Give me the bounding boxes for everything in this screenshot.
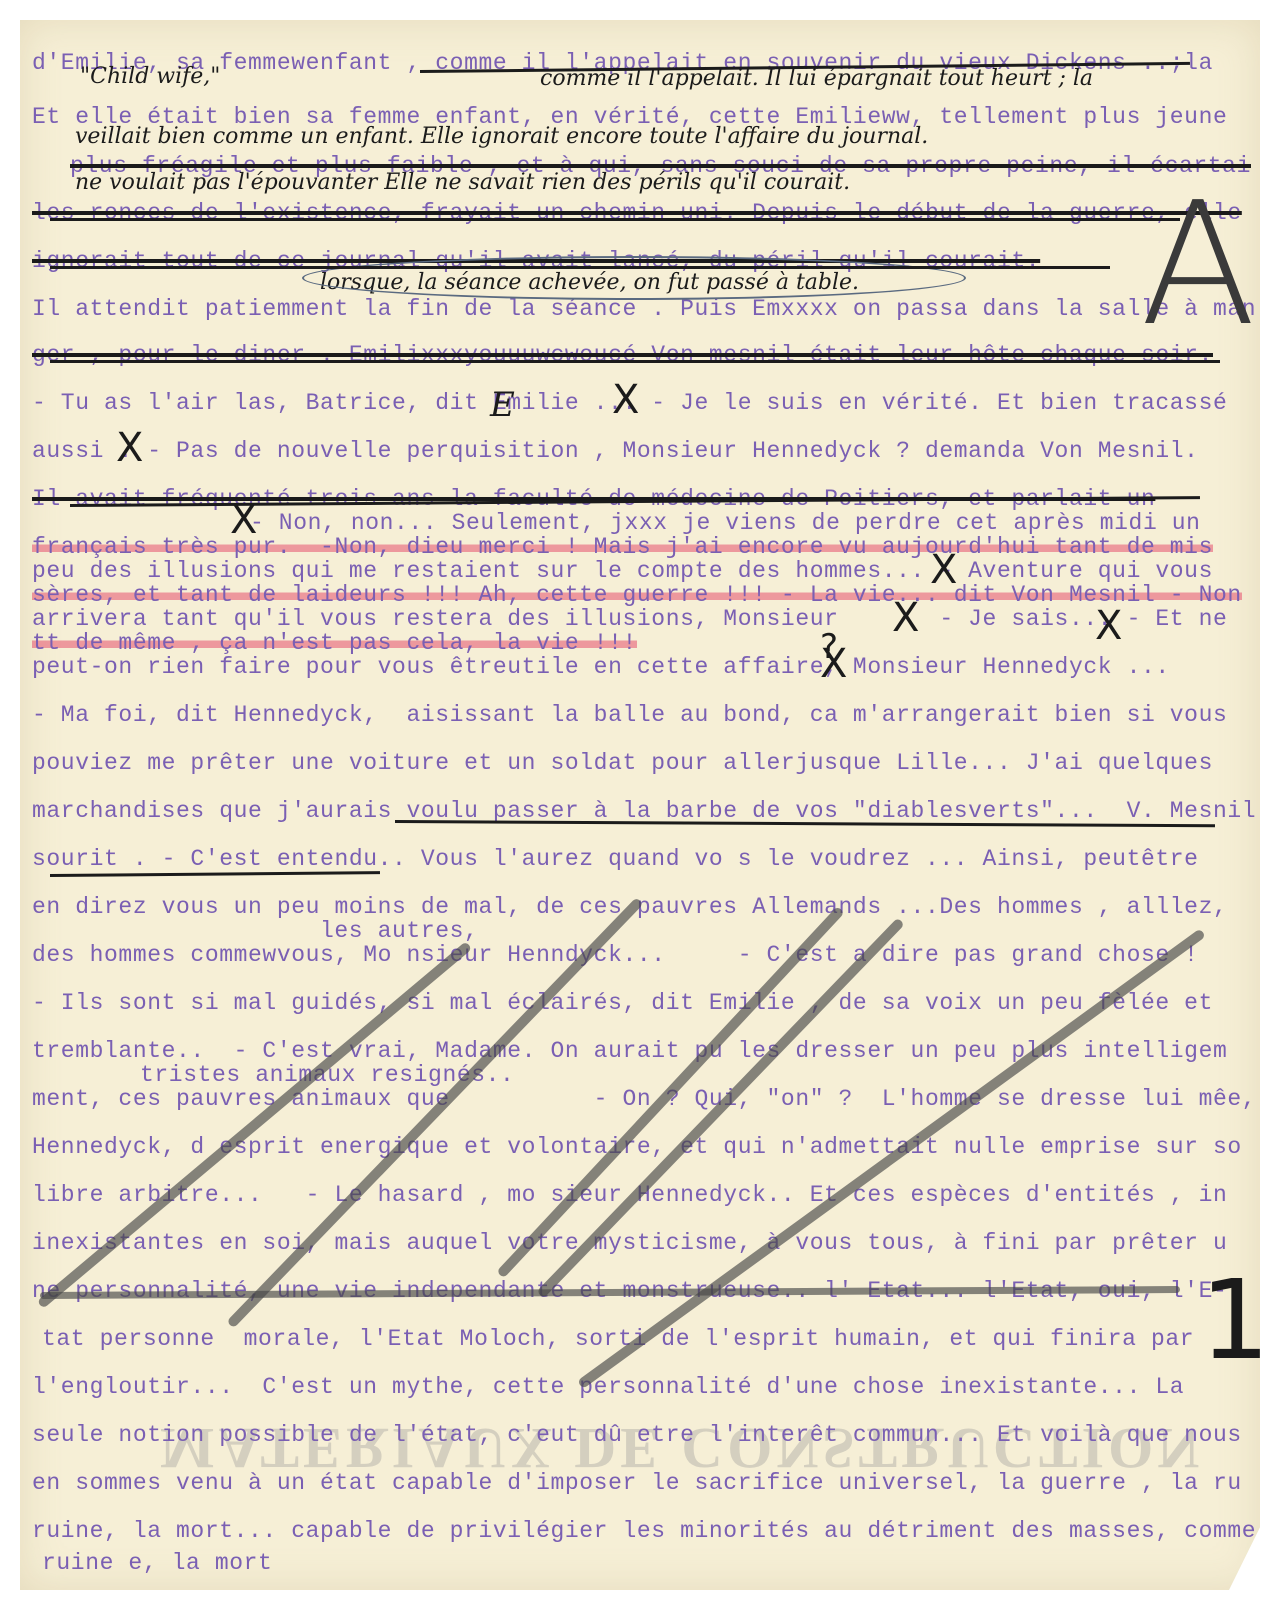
- insertion-x-mark: X: [230, 500, 257, 540]
- typed-line: marchandises que j'aurais voulu passer à…: [32, 798, 1256, 824]
- handwritten-note: "Child wife,": [80, 64, 220, 89]
- typed-line: les ronces de l'existence, frayait un ch…: [32, 200, 1242, 226]
- insertion-x-mark: X: [116, 428, 143, 468]
- typed-line: sourit . - C'est entendu.. Vous l'aurez …: [32, 846, 1199, 872]
- handwritten-note: ne voulait pas l'épouvanter Elle ne sava…: [75, 170, 850, 195]
- typed-line: pouviez me prêter une voiture et un sold…: [32, 750, 1213, 776]
- typed-line: - Non, non... Seulement, jxxx je viens d…: [250, 510, 1201, 536]
- insertion-x-mark: X: [892, 598, 919, 638]
- typed-line: peu des illusions qui me restaient sur l…: [32, 558, 1213, 584]
- typed-line: les autres,: [320, 918, 478, 944]
- bracket-line: [50, 871, 380, 877]
- margin-letter-a: A: [1140, 180, 1256, 350]
- typed-line: - Ma foi, dit Hennedyck, aisissant la ba…: [32, 702, 1227, 728]
- handwritten-note: veillait bien comme un enfant. Elle igno…: [75, 124, 928, 149]
- typed-line: tt de même , ça n'est pas cela, la vie !…: [32, 630, 637, 656]
- page-number-mark: 1: [1200, 1265, 1270, 1375]
- ink-strike: [50, 360, 1220, 363]
- typed-line: peut-on rien faire pour vous êtreutile e…: [32, 654, 1170, 680]
- typed-line: arrivera tant qu'il vous restera des ill…: [32, 606, 1227, 632]
- insertion-x-mark: X: [820, 644, 847, 684]
- typed-line: aussi . - Pas de nouvelle perquisition ,…: [32, 438, 1199, 464]
- ink-strike: [50, 218, 1180, 221]
- manuscript-page: MATERIAUX DE CONSTRUCTION d'Emilie, sa f…: [20, 20, 1260, 1590]
- typed-line: ruine e, la mort: [42, 1550, 272, 1576]
- insertion-x-mark: X: [612, 380, 639, 420]
- insertion-oval: [302, 256, 966, 300]
- typed-line: seule notion possible de l'état, c'eut d…: [32, 1422, 1242, 1448]
- typed-line: français très pur. -Non, dieu merci ! Ma…: [32, 534, 1213, 560]
- typed-line: - Ils sont si mal guidés, si mal éclairé…: [32, 990, 1213, 1016]
- typed-line: en sommes venu à un état capable d'impos…: [32, 1470, 1242, 1496]
- typed-line: inexistantes en soi, mais auquel votre m…: [32, 1230, 1227, 1256]
- typed-line: ruine, la mort... capable de privilégier…: [32, 1518, 1256, 1544]
- typed-line: l'engloutir... C'est un mythe, cette per…: [32, 1374, 1184, 1400]
- ink-strike: [50, 266, 1110, 269]
- handwritten-note: E: [490, 385, 515, 425]
- typed-line: tat personne morale, l'Etat Moloch, sort…: [42, 1326, 1194, 1352]
- typed-line: des hommes commewvous, Mo nsieur Henndyc…: [32, 942, 1199, 968]
- insertion-x-mark: X: [930, 550, 957, 590]
- typed-line: ger , pour le diner . Emilixxxyouuuwcwou…: [32, 342, 1213, 368]
- typed-line: sères, et tant de laideurs !!! Ah, cette…: [32, 582, 1242, 608]
- insertion-x-mark: X: [1095, 606, 1122, 646]
